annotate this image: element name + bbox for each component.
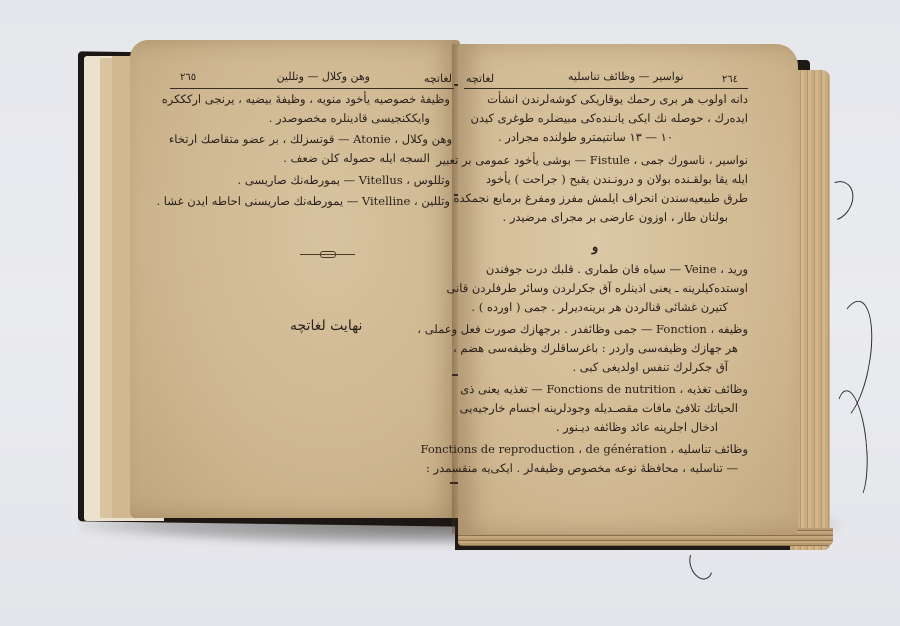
text-line: نواسير ، ناسورك جمى ، Fistule — بوشى يأخ… (436, 151, 748, 170)
catchword: لغاتچه (424, 72, 452, 85)
right-page: لغاتچه نواسير — وظائف تناسليه ٢٦٤ دانه ا… (458, 44, 798, 534)
text-line: ايله يقا بولقـنده بولان و درونـندن يقبح … (486, 170, 748, 189)
text-line: ايده‌رك ، حوصله نك ايكى يانـنده‌كى مبيضل… (471, 109, 748, 128)
text-line: طرق طبيعيه‌سندن انحراف ايلمش مفرز ومفرغ … (454, 189, 749, 208)
loose-thread (685, 545, 717, 583)
book-photo: ٢٦٥ وهن وكلال — وتللين لغاتچه وظيفهٔ خصو… (0, 0, 900, 626)
text-line: آق جكرلرك تنفس اولديغى كبى . (573, 358, 729, 377)
page-number: ٢٦٥ (180, 72, 196, 83)
text-line: وريد ، Veine — سياه قان طمارى . قلبك درت… (486, 260, 748, 279)
text-line: وظيفه ، Fonction — جمى وظائفدر . برجهازك… (417, 320, 748, 339)
text-line: الحياتك تلافىٔ مافات مقصـديله وجودلرينه … (460, 399, 738, 418)
stitch (450, 482, 458, 484)
text-line: وظيفهٔ خصوصيه يأخود منويه ، وظيفهٔ بيضيه… (162, 90, 450, 109)
running-header: نواسير — وظائف تناسليه (568, 70, 684, 83)
text-line: — تناسليه ، محافظهٔ نوعه مخصوص وظيفه‌لر … (426, 459, 738, 478)
text-line: اوستده‌كيلرينه ـ يعنى اذينلره آق جكرلردن… (446, 279, 748, 298)
text-line: السجه ايله حصوله كلن ضعف . (283, 149, 430, 168)
header-rule (464, 88, 748, 89)
section-letter: و (592, 240, 598, 255)
text-line: ١٠ — ١٣ سانتيمترو طولنده مجرادر . (498, 128, 673, 147)
ornament-center (320, 251, 336, 258)
text-line: وهن وكلال ، Atonie — قوتسزلك ، بر عضو مت… (169, 130, 452, 149)
text-line: بولنان طار ، اوزون عارضى بر مجراى مرضيدر… (503, 208, 728, 227)
loose-thread (830, 389, 872, 503)
end-text: نهايت لغاتچه (290, 318, 362, 334)
header-rule (170, 88, 454, 89)
text-line: وتللين ، Vitelline — يمورطه‌نك صاريسنى ا… (156, 192, 450, 211)
text-line: وايككنجيسى قادينلره مخصوصدر . (269, 109, 430, 128)
text-line: دانه اولوب هر برى رحمك يوقاريكى كوشه‌لرن… (487, 90, 748, 109)
page-number: ٢٦٤ (722, 74, 738, 85)
text-line: وتللوس ، Vitellus — يمورطه‌نك صاريسى . (238, 171, 450, 190)
text-line: كتيرن غشائى قنالردن هر برينه‌ديرلر . جمى… (471, 298, 728, 317)
text-line: وظائف تناسليه ، Fonctions de reproductio… (420, 440, 748, 459)
text-line: وظائف تغذيه ، Fonctions de nutrition — ت… (460, 380, 748, 399)
text-line: هر جهازك وظيفه‌سى واردر : باغرساقلرك وظي… (453, 339, 738, 358)
left-page: ٢٦٥ وهن وكلال — وتللين لغاتچه وظيفهٔ خصو… (130, 40, 460, 518)
text-line: ادخال اجلرينه عائد وظائفه ديـنور . (556, 418, 718, 437)
running-header: وهن وكلال — وتللين (277, 70, 370, 83)
catchword: لغاتچه (466, 72, 494, 85)
